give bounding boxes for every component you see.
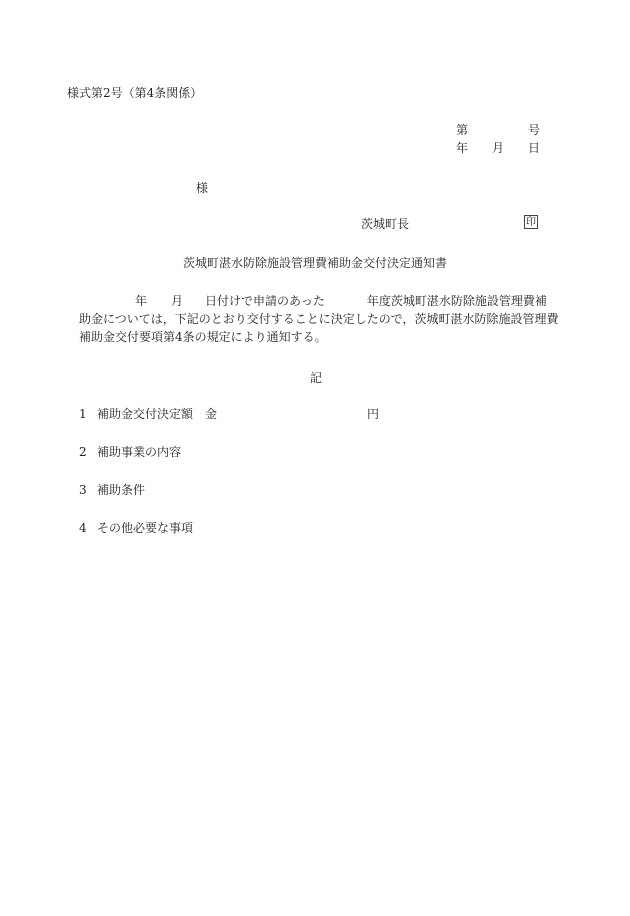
seal-icon: 印 bbox=[524, 215, 538, 229]
item-label: その他必要な事項 bbox=[97, 521, 193, 535]
item-number: 2 bbox=[79, 444, 97, 460]
date-day: 日 bbox=[528, 140, 540, 156]
number-suffix: 号 bbox=[528, 122, 540, 138]
body-line-1: 年月日付けで申請のあった年度茨城町湛水防除施設管理費補 bbox=[79, 293, 547, 309]
item-1-unit: 円 bbox=[367, 406, 379, 422]
body-year: 年 bbox=[135, 294, 147, 308]
item-number: 3 bbox=[79, 482, 97, 498]
body-line-3: 補助金交付要項第4条の規定により通知する。 bbox=[79, 329, 327, 345]
item-3: 3補助条件 bbox=[79, 482, 145, 498]
body-mid: 日付けで申請のあった bbox=[205, 294, 325, 308]
ki-heading: 記 bbox=[310, 370, 322, 386]
body-month: 月 bbox=[171, 294, 183, 308]
addressee: 様 bbox=[196, 180, 208, 196]
sender: 茨城町長 bbox=[361, 216, 409, 232]
document-title: 茨城町湛水防除施設管理費補助金交付決定通知書 bbox=[183, 255, 447, 271]
item-1: 1補助金交付決定額 金 bbox=[79, 406, 217, 422]
date-month: 月 bbox=[492, 140, 504, 156]
item-number: 1 bbox=[79, 406, 97, 422]
number-prefix: 第 bbox=[456, 122, 468, 138]
body-line-2: 助金については，下記のとおり交付することに決定したので，茨城町湛水防除施設管理費 bbox=[79, 311, 559, 327]
form-number: 様式第2号（第4条関係） bbox=[67, 85, 202, 101]
item-label: 補助金交付決定額 金 bbox=[97, 407, 217, 421]
date-year: 年 bbox=[456, 140, 468, 156]
item-2: 2補助事業の内容 bbox=[79, 444, 181, 460]
item-label: 補助事業の内容 bbox=[97, 445, 181, 459]
body-end: 年度茨城町湛水防除施設管理費補 bbox=[367, 294, 547, 308]
item-number: 4 bbox=[79, 520, 97, 536]
item-4: 4その他必要な事項 bbox=[79, 520, 193, 536]
item-label: 補助条件 bbox=[97, 483, 145, 497]
